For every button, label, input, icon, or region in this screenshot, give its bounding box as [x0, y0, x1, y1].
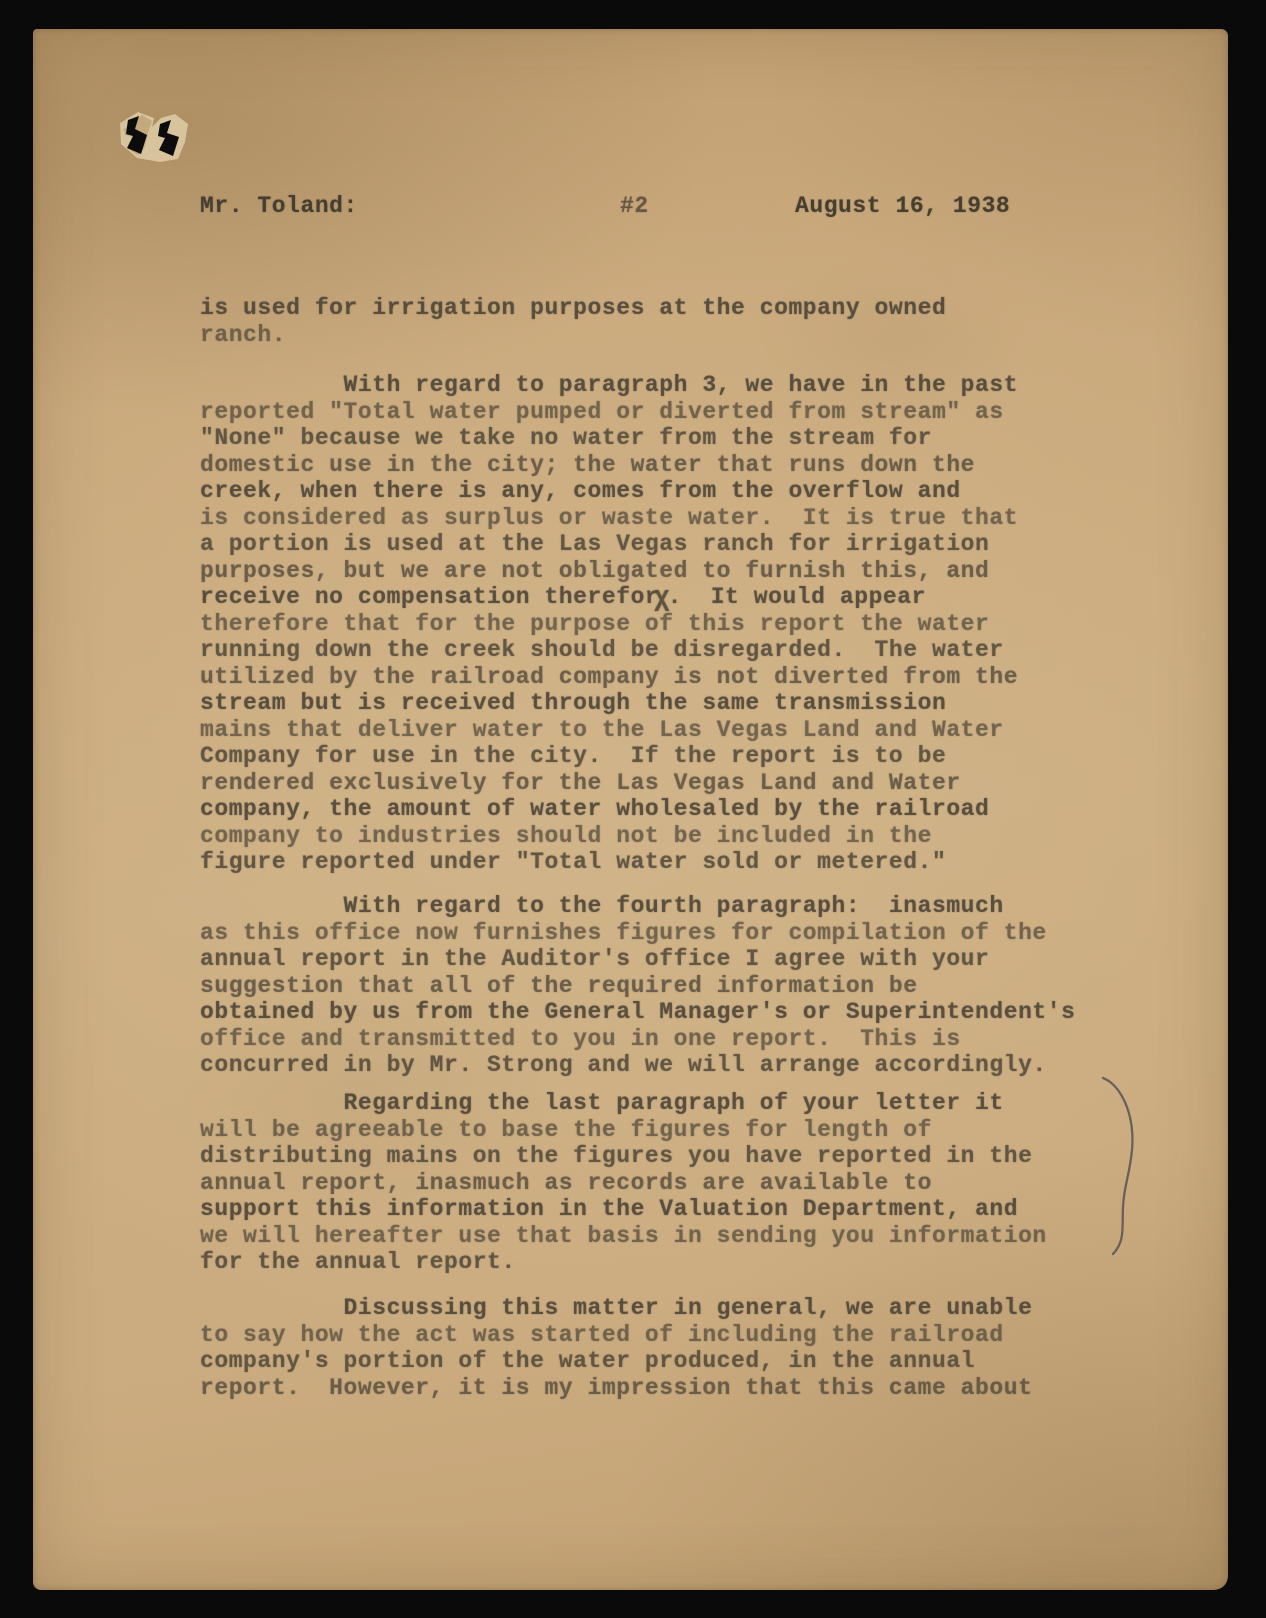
paragraph: is used for irrigation purposes at the c…: [200, 295, 946, 348]
header-row: Mr. Toland: #2 August 16, 1938: [33, 193, 1228, 223]
text-line: purposes, but we are not obligated to fu…: [200, 558, 1018, 585]
text-line: company to industries should not be incl…: [200, 823, 1018, 850]
text-line: With regard to the fourth paragraph: ina…: [200, 893, 1076, 920]
text-line: report. However, it is my impression tha…: [200, 1375, 1032, 1402]
text-line: therefore that for the purpose of this r…: [200, 611, 1018, 638]
text-line: rendered exclusively for the Las Vegas L…: [200, 770, 1018, 797]
text-line: we will hereafter use that basis in send…: [200, 1223, 1047, 1250]
text-line: figure reported under "Total water sold …: [200, 849, 1018, 876]
text-line: With regard to paragraph 3, we have in t…: [200, 372, 1018, 399]
paragraph: With regard to the fourth paragraph: ina…: [200, 893, 1076, 1079]
paragraph: Regarding the last paragraph of your let…: [200, 1090, 1047, 1276]
text-line: company's portion of the water produced,…: [200, 1348, 1032, 1375]
text-line: annual report, inasmuch as records are a…: [200, 1170, 1047, 1197]
text-line: suggestion that all of the required info…: [200, 973, 1076, 1000]
text-line: running down the creek should be disrega…: [200, 637, 1018, 664]
text-line: office and transmitted to you in one rep…: [200, 1026, 1076, 1053]
text-line: Regarding the last paragraph of your let…: [200, 1090, 1047, 1117]
text-line: Discussing this matter in general, we ar…: [200, 1295, 1032, 1322]
date-line: August 16, 1938: [795, 193, 1010, 220]
text-line: concurred in by Mr. Strong and we will a…: [200, 1052, 1076, 1079]
text-segment: receive no compensation therefor: [200, 584, 659, 610]
text-segment: . It would appear: [668, 584, 926, 610]
scan-background: { "document": { "header": { "recipient":…: [0, 0, 1266, 1618]
text-line: annual report in the Auditor's office I …: [200, 946, 1076, 973]
text-line: to say how the act was started of includ…: [200, 1322, 1032, 1349]
paragraph: With regard to paragraph 3, we have in t…: [200, 372, 1018, 876]
text-line: utilized by the railroad company is not …: [200, 664, 1018, 691]
text-line: reported "Total water pumped or diverted…: [200, 399, 1018, 426]
text-line: mains that deliver water to the Las Vega…: [200, 717, 1018, 744]
text-line: "None" because we take no water from the…: [200, 425, 1018, 452]
text-line: domestic use in the city; the water that…: [200, 452, 1018, 479]
torn-staple-holes-icon: [118, 109, 196, 167]
page-number: #2: [620, 193, 649, 220]
text-line: as this office now furnishes figures for…: [200, 920, 1076, 947]
pencil-brace-mark-icon: [1093, 1069, 1153, 1269]
text-line: is used for irrigation purposes at the c…: [200, 295, 946, 322]
text-line: for the annual report.: [200, 1249, 1047, 1276]
text-line: Company for use in the city. If the repo…: [200, 743, 1018, 770]
text-line: stream but is received through the same …: [200, 690, 1018, 717]
text-line: ranch.: [200, 322, 946, 349]
text-line: obtained by us from the General Manager'…: [200, 999, 1076, 1026]
text-line: is considered as surplus or waste water.…: [200, 505, 1018, 532]
text-line: a portion is used at the Las Vegas ranch…: [200, 531, 1018, 558]
text-line: support this information in the Valuatio…: [200, 1196, 1047, 1223]
letter-page: Mr. Toland: #2 August 16, 1938 is used f…: [33, 29, 1228, 1590]
recipient-salutation: Mr. Toland:: [200, 193, 358, 220]
text-line-with-strikeover: receive no compensation thereforX. It wo…: [200, 584, 1018, 611]
text-line: will be agreeable to base the figures fo…: [200, 1117, 1047, 1144]
text-line: creek, when there is any, comes from the…: [200, 478, 1018, 505]
text-line: company, the amount of water wholesaled …: [200, 796, 1018, 823]
paragraph: Discussing this matter in general, we ar…: [200, 1295, 1032, 1401]
text-line: distributing mains on the figures you ha…: [200, 1143, 1047, 1170]
